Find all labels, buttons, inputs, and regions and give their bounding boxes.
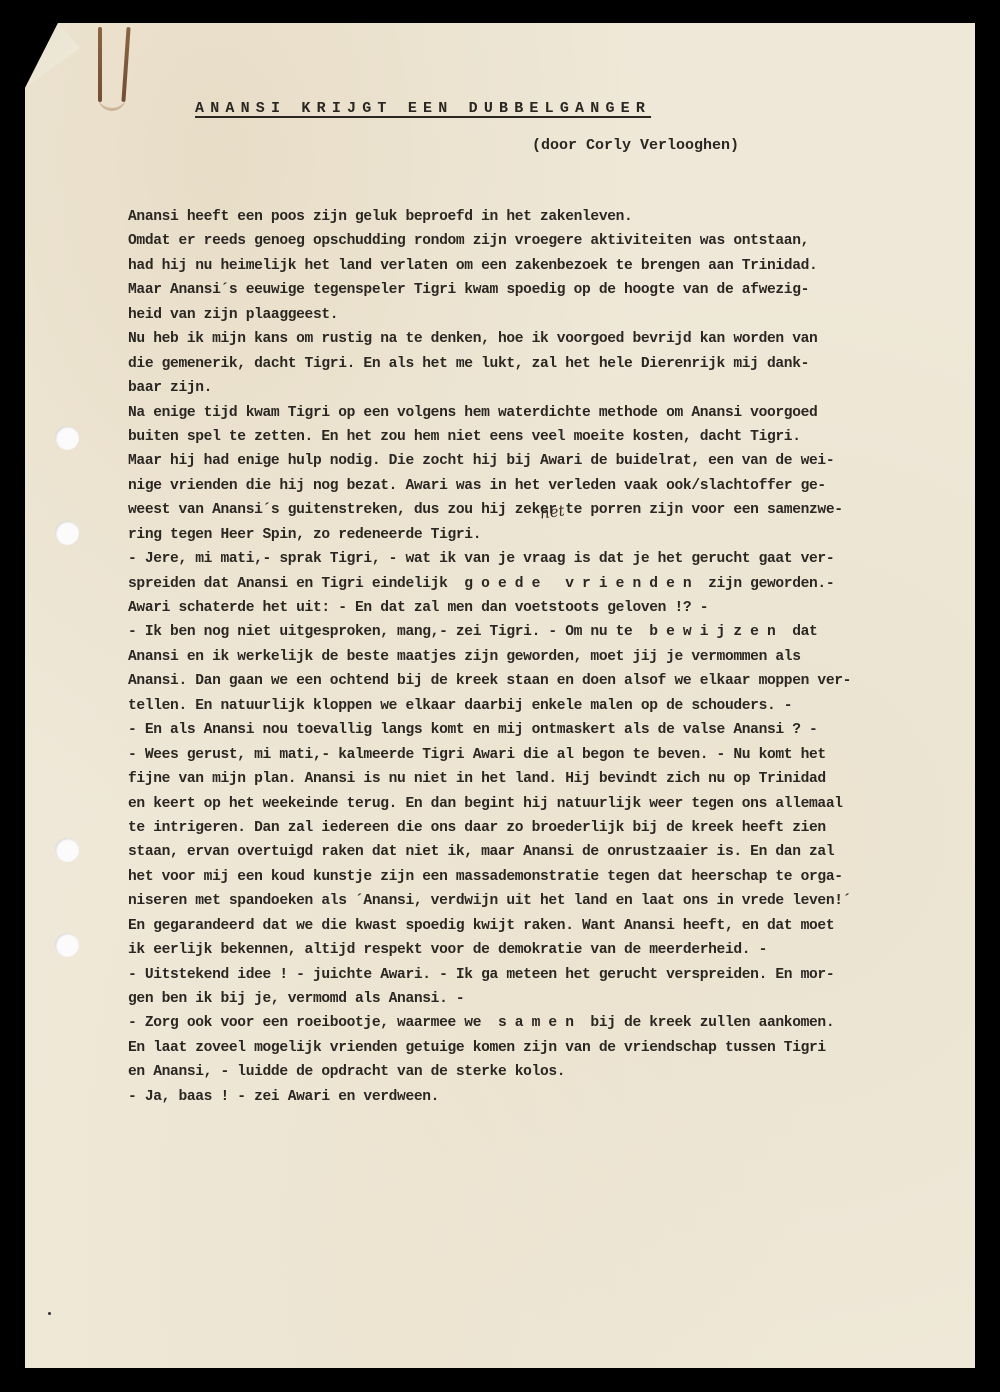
- text-line: nige vrienden die hij nog bezat. Awari w…: [128, 474, 968, 498]
- text-line: Anansi en ik werkelijk de beste maatjes …: [128, 645, 968, 669]
- text-line: te intrigeren. Dan zal iedereen die ons …: [128, 816, 968, 840]
- text-line: weest van Anansi´s guitenstreken, dus zo…: [128, 498, 968, 522]
- text-line: - Ja, baas ! - zei Awari en verdween.: [128, 1085, 968, 1109]
- text-line: Maar Anansi´s eeuwige tegenspeler Tigri …: [128, 278, 968, 302]
- text-line: baar zijn.: [128, 376, 968, 400]
- document-body: Anansi heeft een poos zijn geluk beproef…: [128, 205, 968, 1109]
- text-line: buiten spel te zetten. En het zou hem ni…: [128, 425, 968, 449]
- text-line: ik eerlijk bekennen, altijd respekt voor…: [128, 938, 968, 962]
- text-line: En laat zoveel mogelijk vrienden getuige…: [128, 1036, 968, 1060]
- text-line: die gemenerik, dacht Tigri. En als het m…: [128, 352, 968, 376]
- text-line: tellen. En natuurlijk kloppen we elkaar …: [128, 694, 968, 718]
- text-line: - Ik ben nog niet uitgesproken, mang,- z…: [128, 620, 968, 644]
- text-line: Maar hij had enige hulp nodig. Die zocht…: [128, 449, 968, 473]
- text-line: - Jere, mi mati,- sprak Tigri, - wat ik …: [128, 547, 968, 571]
- text-line: en Anansi, - luidde de opdracht van de s…: [128, 1060, 968, 1084]
- text-line: ring tegen Heer Spin, zo redeneerde Tigr…: [128, 523, 968, 547]
- text-line: En gegarandeerd dat we die kwast spoedig…: [128, 914, 968, 938]
- text-line: Na enige tijd kwam Tigri op een volgens …: [128, 401, 968, 425]
- text-line: had hij nu heimelijk het land verlaten o…: [128, 254, 968, 278]
- text-line: - Wees gerust, mi mati,- kalmeerde Tigri…: [128, 743, 968, 767]
- text-line: Nu heb ik mijn kans om rustig na te denk…: [128, 327, 968, 351]
- text-line: gen ben ik bij je, vermomd als Anansi. -: [128, 987, 968, 1011]
- text-line: Anansi. Dan gaan we een ochtend bij de k…: [128, 669, 968, 693]
- text-line: heid van zijn plaaggeest.: [128, 303, 968, 327]
- text-line: - En als Anansi nou toevallig langs komt…: [128, 718, 968, 742]
- text-line: Omdat er reeds genoeg opschudding rondom…: [128, 229, 968, 253]
- text-line: spreiden dat Anansi en Tigri eindelijk g…: [128, 572, 968, 596]
- document-title: ANANSI KRIJGT EEN DUBBELGANGER: [195, 100, 651, 117]
- text-line: - Zorg ook voor een roeibootje, waarmee …: [128, 1011, 968, 1035]
- text-line: Anansi heeft een poos zijn geluk beproef…: [128, 205, 968, 229]
- document-content: ANANSI KRIJGT EEN DUBBELGANGER (door Cor…: [0, 0, 1000, 1392]
- text-line: Awari schaterde het uit: - En dat zal me…: [128, 596, 968, 620]
- text-line: het voor mij een koud kunstje zijn een m…: [128, 865, 968, 889]
- text-line: en keert op het weekeinde terug. En dan …: [128, 792, 968, 816]
- document-author: (door Corly Verlooghen): [532, 137, 739, 154]
- ink-dot: [48, 1312, 51, 1315]
- text-line: staan, ervan overtuigd raken dat niet ik…: [128, 840, 968, 864]
- text-line: fijne van mijn plan. Anansi is nu niet i…: [128, 767, 968, 791]
- text-line: niseren met spandoeken als ´Anansi, verd…: [128, 889, 968, 913]
- text-line: - Uitstekend idee ! - juichte Awari. - I…: [128, 963, 968, 987]
